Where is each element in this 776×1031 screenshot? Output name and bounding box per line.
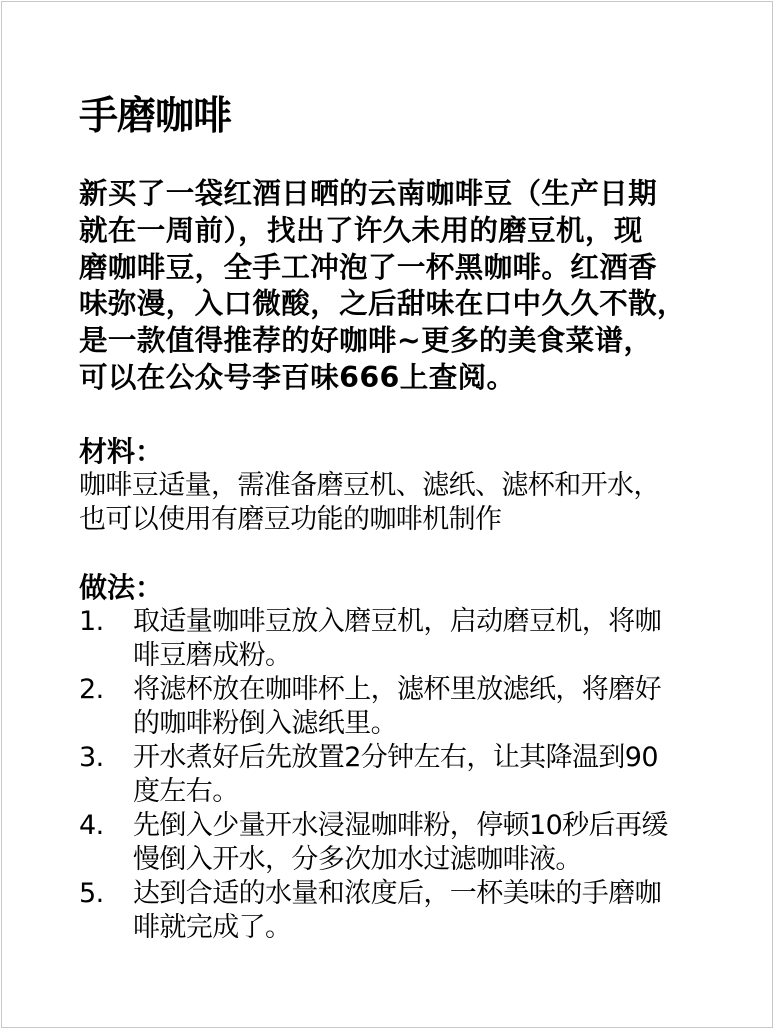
step-line: 达到合适的水量和浓度后，一杯美味的手磨咖 bbox=[133, 877, 719, 911]
step-number: 2. bbox=[79, 673, 104, 707]
intro-line: 味弥漫，入口微酸，之后甜味在口中久久不散， bbox=[79, 286, 719, 323]
step-item: 3. 开水煮好后先放置2分钟左右，让其降温到90 度左右。 bbox=[79, 741, 719, 809]
document-page: 手磨咖啡 新买了一袋红酒日晒的云南咖啡豆（生产日期 就在一周前），找出了许久未用… bbox=[1, 1, 773, 1028]
intro-line: 新买了一袋红酒日晒的云南咖啡豆（生产日期 bbox=[79, 176, 719, 213]
step-line: 取适量咖啡豆放入磨豆机，启动磨豆机，将咖 bbox=[133, 605, 719, 639]
step-line: 啡就完成了。 bbox=[133, 911, 719, 945]
materials-heading: 材料： bbox=[79, 435, 719, 469]
method-steps-list: 1. 取适量咖啡豆放入磨豆机，启动磨豆机，将咖 啡豆磨成粉。 2. 将滤杯放在咖… bbox=[79, 605, 719, 945]
step-line: 度左右。 bbox=[133, 775, 719, 809]
step-number: 1. bbox=[79, 605, 104, 639]
intro-line: 磨咖啡豆，全手工冲泡了一杯黑咖啡。红酒香 bbox=[79, 250, 719, 287]
step-line: 将滤杯放在咖啡杯上，滤杯里放滤纸，将磨好 bbox=[133, 673, 719, 707]
intro-line: 是一款值得推荐的好咖啡~更多的美食菜谱， bbox=[79, 323, 719, 360]
intro-paragraph: 新买了一袋红酒日晒的云南咖啡豆（生产日期 就在一周前），找出了许久未用的磨豆机，… bbox=[79, 176, 719, 397]
intro-line: 就在一周前），找出了许久未用的磨豆机，现 bbox=[79, 213, 719, 250]
materials-line: 也可以使用有磨豆功能的咖啡机制作 bbox=[79, 503, 719, 537]
step-number: 3. bbox=[79, 741, 104, 775]
intro-line: 可以在公众号李百味666上查阅。 bbox=[79, 360, 719, 397]
step-item: 2. 将滤杯放在咖啡杯上，滤杯里放滤纸，将磨好 的咖啡粉倒入滤纸里。 bbox=[79, 673, 719, 741]
step-number: 4. bbox=[79, 809, 104, 843]
step-line: 的咖啡粉倒入滤纸里。 bbox=[133, 707, 719, 741]
recipe-content: 手磨咖啡 新买了一袋红酒日晒的云南咖啡豆（生产日期 就在一周前），找出了许久未用… bbox=[79, 92, 719, 945]
step-line: 开水煮好后先放置2分钟左右，让其降温到90 bbox=[133, 741, 719, 775]
materials-text: 咖啡豆适量，需准备磨豆机、滤纸、滤杯和开水， 也可以使用有磨豆功能的咖啡机制作 bbox=[79, 469, 719, 537]
recipe-title: 手磨咖啡 bbox=[79, 92, 719, 142]
materials-line: 咖啡豆适量，需准备磨豆机、滤纸、滤杯和开水， bbox=[79, 469, 719, 503]
step-number: 5. bbox=[79, 877, 104, 911]
step-item: 5. 达到合适的水量和浓度后，一杯美味的手磨咖 啡就完成了。 bbox=[79, 877, 719, 945]
step-line: 慢倒入开水，分多次加水过滤咖啡液。 bbox=[133, 843, 719, 877]
method-heading: 做法： bbox=[79, 571, 719, 605]
step-item: 4. 先倒入少量开水浸湿咖啡粉，停顿10秒后再缓 慢倒入开水，分多次加水过滤咖啡… bbox=[79, 809, 719, 877]
step-line: 先倒入少量开水浸湿咖啡粉，停顿10秒后再缓 bbox=[133, 809, 719, 843]
step-item: 1. 取适量咖啡豆放入磨豆机，启动磨豆机，将咖 啡豆磨成粉。 bbox=[79, 605, 719, 673]
step-line: 啡豆磨成粉。 bbox=[133, 639, 719, 673]
